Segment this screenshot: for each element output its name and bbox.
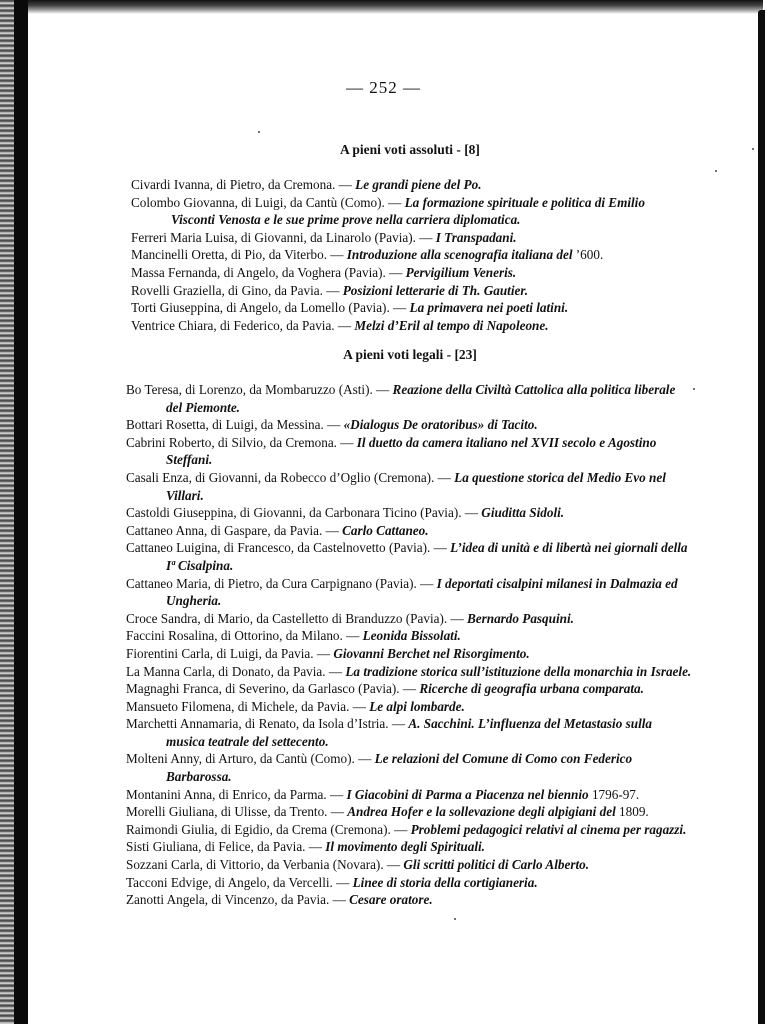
entry-title: Andrea Hofer e la sollevazione degli alp… — [347, 804, 619, 819]
entry-tail: 1796-97. — [592, 787, 639, 802]
entry-author: Marchetti Annamaria, di Renato, da Isola… — [126, 716, 408, 731]
entries-list-assoluti: Civardi Ivanna, di Pietro, da Cremona. —… — [131, 176, 691, 334]
entry-title: Il movimento degli Spirituali. — [325, 839, 485, 854]
entries-list-legali: Bo Teresa, di Lorenzo, da Mombaruzzo (As… — [126, 381, 692, 909]
list-item: Zanotti Angela, di Vincenzo, da Pavia. —… — [126, 891, 692, 909]
page-number: — 252 — — [0, 78, 767, 98]
entry-author: Fiorentini Carla, di Luigi, da Pavia. — — [126, 646, 333, 661]
entry-author: Bottari Rosetta, di Luigi, da Messina. — — [126, 417, 344, 432]
list-item: Mansueto Filomena, di Michele, da Pavia.… — [126, 698, 692, 716]
entry-title: Gli scritti politici di Carlo Alberto. — [403, 857, 589, 872]
entry-author: Montanini Anna, di Enrico, da Parma. — — [126, 787, 346, 802]
list-item: Rovelli Graziella, di Gino, da Pavia. — … — [131, 282, 691, 300]
scan-speck — [258, 131, 260, 133]
list-item: Bottari Rosetta, di Luigi, da Messina. —… — [126, 416, 692, 434]
entry-title: Le alpi lombarde. — [369, 699, 465, 714]
list-item: Ventrice Chiara, di Federico, da Pavia. … — [131, 317, 691, 335]
scan-border-right — [758, 10, 765, 1024]
entry-title: Bernardo Pasquini. — [467, 611, 574, 626]
list-item: Magnaghi Franca, di Severino, da Garlasc… — [126, 680, 692, 698]
list-item: Cattaneo Anna, di Gaspare, da Pavia. — C… — [126, 522, 692, 540]
scan-border-top — [28, 0, 763, 14]
entry-title: Melzi d’Eril al tempo di Napoleone. — [354, 318, 548, 333]
entry-author: Cattaneo Maria, di Pietro, da Cura Carpi… — [126, 576, 437, 591]
entry-author: Molteni Anny, di Arturo, da Cantù (Como)… — [126, 751, 375, 766]
list-item: Ferreri Maria Luisa, di Giovanni, da Lin… — [131, 229, 691, 247]
entry-title: I Giacobini di Parma a Piacenza nel bien… — [346, 787, 591, 802]
list-item: Montanini Anna, di Enrico, da Parma. — I… — [126, 786, 692, 804]
entry-title: Giuditta Sidoli. — [481, 505, 564, 520]
list-item: Fiorentini Carla, di Luigi, da Pavia. — … — [126, 645, 692, 663]
entry-title: Carlo Cattaneo. — [342, 523, 428, 538]
list-item: Casali Enza, di Giovanni, da Robecco d’O… — [126, 469, 692, 504]
entry-author: Massa Fernanda, di Angelo, da Voghera (P… — [131, 265, 406, 280]
entry-author: Croce Sandra, di Mario, da Castelletto d… — [126, 611, 467, 626]
list-item: Castoldi Giuseppina, di Giovanni, da Car… — [126, 504, 692, 522]
entry-author: Torti Giuseppina, di Angelo, da Lomello … — [131, 300, 410, 315]
list-item: Molteni Anny, di Arturo, da Cantù (Como)… — [126, 750, 692, 785]
entry-title: «Dialogus De oratoribus» di Tacito. — [344, 417, 538, 432]
entry-author: Raimondi Giulia, di Egidio, da Crema (Cr… — [126, 822, 411, 837]
list-item: Raimondi Giulia, di Egidio, da Crema (Cr… — [126, 821, 692, 839]
entry-title: Linee di storia della cortigianeria. — [353, 875, 538, 890]
entry-title: Pervigilium Veneris. — [406, 265, 517, 280]
entry-author: Sozzani Carla, di Vittorio, da Verbania … — [126, 857, 403, 872]
list-item: Cattaneo Maria, di Pietro, da Cura Carpi… — [126, 575, 692, 610]
entry-author: Rovelli Graziella, di Gino, da Pavia. — — [131, 283, 343, 298]
list-item: Colombo Giovanna, di Luigi, da Cantù (Co… — [131, 194, 691, 229]
list-item: Civardi Ivanna, di Pietro, da Cremona. —… — [131, 176, 691, 194]
list-item: Bo Teresa, di Lorenzo, da Mombaruzzo (As… — [126, 381, 692, 416]
entry-author: Castoldi Giuseppina, di Giovanni, da Car… — [126, 505, 481, 520]
entry-title: Ricerche di geografia urbana comparata. — [419, 681, 644, 696]
section-heading-assoluti: A pieni voti assoluti - [8] — [0, 142, 767, 158]
entry-author: Sisti Giuliana, di Felice, da Pavia. — — [126, 839, 325, 854]
entry-author: Cattaneo Anna, di Gaspare, da Pavia. — — [126, 523, 342, 538]
entry-title: Posizioni letterarie di Th. Gautier. — [343, 283, 528, 298]
entry-title: La primavera nei poeti latini. — [410, 300, 569, 315]
entry-title: Introduzione alla scenografia italiana d… — [347, 247, 576, 262]
list-item: Mancinelli Oretta, di Pio, da Viterbo. —… — [131, 246, 691, 264]
entry-title: I Transpadani. — [436, 230, 517, 245]
scan-speck — [752, 148, 754, 150]
scan-speck — [454, 918, 456, 920]
list-item: Cabrini Roberto, di Silvio, da Cremona. … — [126, 434, 692, 469]
entry-title: Problemi pedagogici relativi al cinema p… — [411, 822, 687, 837]
entry-author: Zanotti Angela, di Vincenzo, da Pavia. — — [126, 892, 349, 907]
list-item: Croce Sandra, di Mario, da Castelletto d… — [126, 610, 692, 628]
entry-author: Morelli Giuliana, di Ulisse, da Trento. … — [126, 804, 347, 819]
list-item: Marchetti Annamaria, di Renato, da Isola… — [126, 715, 692, 750]
list-item: Torti Giuseppina, di Angelo, da Lomello … — [131, 299, 691, 317]
list-item: Massa Fernanda, di Angelo, da Voghera (P… — [131, 264, 691, 282]
entry-author: Mansueto Filomena, di Michele, da Pavia.… — [126, 699, 369, 714]
entry-tail: ’600. — [576, 247, 603, 262]
entry-title: Giovanni Berchet nel Risorgimento. — [333, 646, 529, 661]
entry-author: Ventrice Chiara, di Federico, da Pavia. … — [131, 318, 354, 333]
entry-title: Leonida Bissolati. — [363, 628, 461, 643]
entry-title: Le grandi piene del Po. — [355, 177, 481, 192]
entry-author: Cabrini Roberto, di Silvio, da Cremona. … — [126, 435, 357, 450]
scan-speck — [693, 388, 695, 390]
entry-author: Casali Enza, di Giovanni, da Robecco d’O… — [126, 470, 454, 485]
entry-author: Faccini Rosalina, di Ottorino, da Milano… — [126, 628, 363, 643]
entry-author: Ferreri Maria Luisa, di Giovanni, da Lin… — [131, 230, 436, 245]
section-heading-legali: A pieni voti legali - [23] — [0, 347, 767, 363]
entry-author: La Manna Carla, di Donato, da Pavia. — — [126, 664, 345, 679]
entry-title: Cesare oratore. — [349, 892, 433, 907]
entry-author: Bo Teresa, di Lorenzo, da Mombaruzzo (As… — [126, 382, 393, 397]
list-item: La Manna Carla, di Donato, da Pavia. — L… — [126, 663, 692, 681]
entry-author: Civardi Ivanna, di Pietro, da Cremona. — — [131, 177, 355, 192]
list-item: Sisti Giuliana, di Felice, da Pavia. — I… — [126, 838, 692, 856]
entry-author: Magnaghi Franca, di Severino, da Garlasc… — [126, 681, 419, 696]
entry-tail: 1809. — [619, 804, 649, 819]
list-item: Sozzani Carla, di Vittorio, da Verbania … — [126, 856, 692, 874]
entry-author: Cattaneo Luigina, di Francesco, da Caste… — [126, 540, 450, 555]
entry-author: Tacconi Edvige, di Angelo, da Vercelli. … — [126, 875, 353, 890]
list-item: Morelli Giuliana, di Ulisse, da Trento. … — [126, 803, 692, 821]
entry-author: Colombo Giovanna, di Luigi, da Cantù (Co… — [131, 195, 405, 210]
list-item: Cattaneo Luigina, di Francesco, da Caste… — [126, 539, 692, 574]
entry-title: La tradizione storica sull’istituzione d… — [345, 664, 691, 679]
scan-speck — [715, 170, 717, 172]
list-item: Faccini Rosalina, di Ottorino, da Milano… — [126, 627, 692, 645]
entry-author: Mancinelli Oretta, di Pio, da Viterbo. — — [131, 247, 347, 262]
list-item: Tacconi Edvige, di Angelo, da Vercelli. … — [126, 874, 692, 892]
